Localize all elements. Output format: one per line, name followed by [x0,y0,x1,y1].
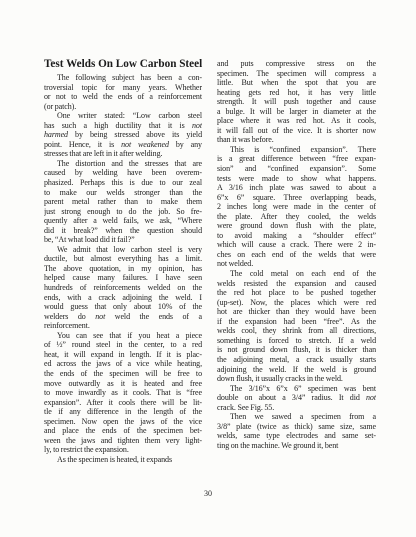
right-column-text: and puts compressive stress on thespecim… [217,59,376,450]
text-line: ends, with a crack adjoining the weld. I [44,293,202,303]
text-line: ductile, but almost everything has a lim… [44,254,202,264]
text-line: ting on the machine. We ground it, bent [217,441,376,451]
text-line: Then we sawed a specimen from a [217,412,376,422]
text-line: (up-set). Now, the places which were red [217,298,376,308]
right-column: and puts compressive stress on thespecim… [217,59,376,450]
text-line: harmed by being stressed above its yield [44,130,202,140]
text-line: quently after a weld fails, we ask, “Whe… [44,216,202,226]
text-line: (or patch). [44,102,202,112]
text-line: The 3/16”x 6”x 6” specimen was bent [217,384,376,394]
text-line: did it break?” when the question should [44,226,202,236]
text-line: to move inwardly as it cools. That is “f… [44,388,202,398]
text-line: The above quotation, in my opinion, has [44,264,202,274]
text-line: tests were made to show what happens. [217,174,376,184]
text-line: troversial topic for many years. Whether [44,83,202,93]
text-line: be, “At what load did it fail?” [44,235,202,245]
text-line: 3/8” plate (twice as thick) same size, s… [217,422,376,432]
text-line: tle if any difference in the length of t… [44,407,202,417]
paragraph: We admit that low carbon steel is verydu… [44,245,202,331]
paragraph: and puts compressive stress on thespecim… [217,59,376,145]
paragraph: The following subject has been a con-tro… [44,73,202,111]
text-line: stresses that are left in it after weldi… [44,149,202,159]
text-line: strength. It will push together and caus… [217,97,376,107]
paragraph: The 3/16”x 6”x 6” specimen was bentdoubl… [217,384,376,413]
paragraph: This is “confined expansion”. Thereis a … [217,145,376,269]
text-line: would guess that only about 10% of the [44,302,202,312]
text-line: to make our welds stronger than the [44,188,202,198]
text-line: is not ground down flush, it is thicker … [217,345,376,355]
text-line: of ½” round steel in the center, to a re… [44,340,202,350]
text-line: the ends of the specimen will be free to [44,369,202,379]
text-line: hot are thicker than they would have bee… [217,307,376,317]
text-line: The distortion and the stresses that are [44,159,202,169]
text-line: sion” and “confined expansion”. Some [217,164,376,174]
text-line: something is forced to stretch. If a wel… [217,336,376,346]
page-number: 30 [0,489,416,498]
text-line: welds cool, they shrink from all directi… [217,326,376,336]
text-line: move outwardly as it is heated and free [44,379,202,389]
text-line: adjoining the weld. If the weld is groun… [217,365,376,375]
text-line: One writer stated: “Low carbon steel [44,111,202,121]
text-line: or not to weld the ends of a reinforceme… [44,92,202,102]
text-line: reinforcement. [44,321,202,331]
text-line: ly, to restrict the expansion. [44,445,202,455]
text-line: which will cause a crack. There were 2 i… [217,240,376,250]
paragraph: You can see that if you heat a pieceof ½… [44,331,202,455]
text-line: 6”x 6” square. Three overlapping beads, [217,193,376,203]
text-line: the adjoining metal, a crack usually sta… [217,355,376,365]
text-line: point. Hence, it is not weakened by any [44,140,202,150]
text-line: has such a high ductility that it is not [44,121,202,131]
text-line: heat, it will expand in length. If it is… [44,350,202,360]
text-line: and place the ends of the specimen bet- [44,426,202,436]
text-line: little. But when the spot that you are [217,78,376,88]
text-line: welds, same type electrodes and same set… [217,431,376,441]
text-line: the plate. After they cooled, the welds [217,212,376,222]
text-line: place where it was red hot. As it cools, [217,116,376,126]
text-line: ed across the jaws of a vice while heati… [44,359,202,369]
text-line: down flush, it usually cracks in the wel… [217,374,376,384]
text-line: just strong enough to do the job. So fre… [44,207,202,217]
text-line: The cold metal on each end of the [217,269,376,279]
text-line: not welded. [217,259,376,269]
paragraph: Then we sawed a specimen from a3/8” plat… [217,412,376,450]
text-line: ches on each end of the welds that were [217,250,376,260]
text-line: heating gets red hot, it has very little [217,88,376,98]
text-line: were ground down flush with the plate, [217,221,376,231]
text-line: double on about a 3/4” radius. It did no… [217,393,376,403]
text-line: expansion”. After it cools there will be… [44,398,202,408]
text-line: A 3/16 inch plate was sawed to about a [217,183,376,193]
text-line: helped cause many failures. I have seen [44,273,202,283]
text-line: You can see that if you heat a piece [44,331,202,341]
paragraph: The distortion and the stresses that are… [44,159,202,245]
text-line: than it was before. [217,135,376,145]
text-line: is a great difference between “free expa… [217,154,376,164]
scanned-book-page: Test Welds On Low Carbon Steel The follo… [0,0,416,537]
text-line: This is “confined expansion”. There [217,145,376,155]
text-line: to avoid making a “shoulder effect” [217,231,376,241]
text-line: the red hot place to be pushed together [217,288,376,298]
text-line: As the specimen is heated, it expands [44,455,202,465]
text-line: hundreds of reinforcements welded on the [44,283,202,293]
paragraph: As the specimen is heated, it expands [44,455,202,465]
text-line: phasized. Perhaps this is due to our zea… [44,178,202,188]
text-line: parent metal rather than to make them [44,197,202,207]
left-column: Test Welds On Low Carbon Steel The follo… [44,58,202,464]
text-line: welders do not weld the ends of a [44,312,202,322]
text-line: it will fall out of the vice. It is shor… [217,126,376,136]
text-line: crack. See Fig. 55. [217,403,376,413]
paragraph: One writer stated: “Low carbon steelhas … [44,111,202,159]
text-line: caused by welding have been overem- [44,168,202,178]
text-line: a bulge. It will be larger in diameter a… [217,107,376,117]
left-column-text: The following subject has been a con-tro… [44,73,202,464]
paragraph: The cold metal on each end of thewelds r… [217,269,376,384]
text-line: 2 inches long were made in the center of [217,202,376,212]
text-line: The following subject has been a con- [44,73,202,83]
text-line: We admit that low carbon steel is very [44,245,202,255]
text-line: if the expansion had been “free”. As the [217,317,376,327]
text-line: ween the jaws and tighten them very ligh… [44,436,202,446]
text-line: welds resisted the expansion and caused [217,279,376,289]
text-line: specimen. Now open the jaws of the vice [44,417,202,427]
page-title: Test Welds On Low Carbon Steel [44,58,202,71]
text-line: and puts compressive stress on the [217,59,376,69]
text-line: specimen. The specimen will compress a [217,69,376,79]
